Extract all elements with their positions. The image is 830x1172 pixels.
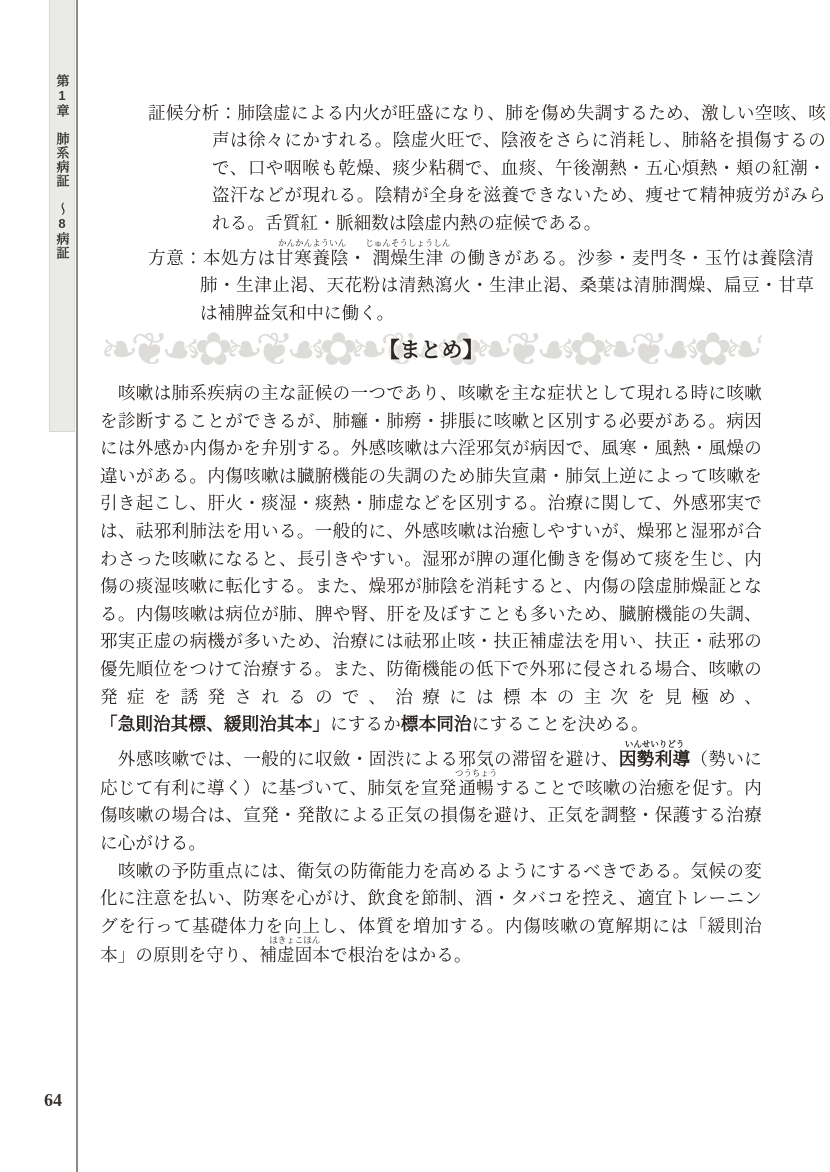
analysis-text: 肺陰虚による内火が旺盛になり、肺を傷め失調するため、激しい空咳、咳声は徐々にかす… — [212, 103, 826, 233]
textbook-page: 第1章 肺系病証 〜8病証 証候分析：肺陰虚による内火が旺盛になり、肺を傷め失調… — [0, 0, 830, 1172]
section-range-label: 〜8病証 — [53, 202, 72, 260]
analysis-label: 証候分析： — [148, 103, 237, 123]
summary-body: 咳嗽は肺系疾病の主な証候の一つであり、咳嗽を主な症状として現れる時に咳嗽を診断す… — [100, 380, 762, 969]
summary-paragraph-1: 咳嗽は肺系疾病の主な証候の一つであり、咳嗽を主な症状として現れる時に咳嗽を診断す… — [100, 380, 762, 739]
houi-label: 方意： — [148, 248, 203, 268]
houi-text: 本処方は甘寒養陰かんかんよういん・潤燥生津じゅんそうしょうしんの働きがある。沙参… — [200, 248, 814, 323]
summary-paragraph-2: 外感咳嗽では、一般的に収斂・固渋による邪気の滞留を避け、因勢利導いんせいりどう（… — [100, 739, 762, 858]
margin-rule — [76, 0, 78, 1172]
chapter-tab: 第1章 肺系病証 〜8病証 — [49, 0, 75, 432]
analysis-paragraph: 証候分析：肺陰虚による内火が旺盛になり、肺を傷め失調するため、激しい空咳、咳声は… — [148, 100, 826, 238]
chapter-label: 第1章 — [53, 74, 72, 118]
section-label: 肺系病証 — [53, 132, 72, 188]
summary-paragraph-3: 咳嗽の予防重点には、衛気の防衛能力を高めるようにするべきである。気候の変化に注意… — [100, 858, 762, 970]
page-number: 64 — [44, 1090, 62, 1111]
summary-title: 【まとめ】 — [100, 324, 762, 374]
houi-paragraph: 方意：本処方は甘寒養陰かんかんよういん・潤燥生津じゅんそうしょうしんの働きがある… — [148, 238, 814, 328]
summary-banner: ❧❦☙✿❧❦☙✿❧❦☙✿❧❦☙✿❧❦☙✿❧❦☙✿❧❦☙✿❧❦☙✿❧❦☙✿❧❦☙✿… — [100, 324, 762, 374]
